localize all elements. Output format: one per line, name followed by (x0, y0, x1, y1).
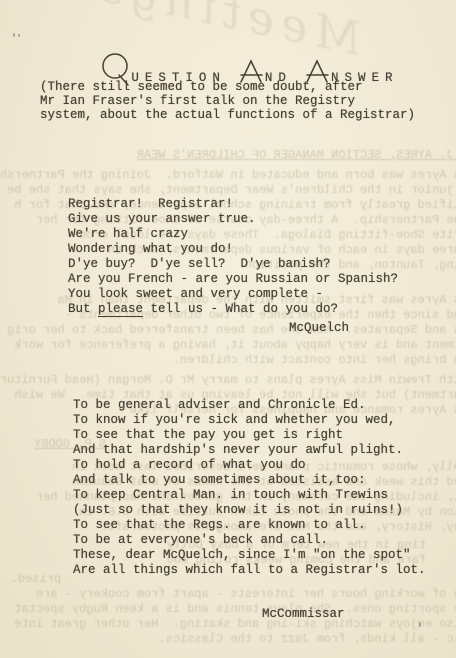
poem-line: To see that the pay you get is right (73, 428, 426, 443)
intro-line: Mr Ian Fraser's first talk on the Regist… (40, 94, 415, 108)
poem-line: These, dear McQuelch, since I'm "on the … (73, 548, 426, 563)
poem-line: Are all things which fall to a Registrar… (73, 563, 426, 578)
page-title: UESTIONNDNSWER (63, 34, 398, 68)
bleedthrough-line: ss Ayres was born and educated in Watfor… (0, 168, 456, 182)
intro-line: (There still seemed to be some doubt, af… (40, 80, 415, 94)
poem-line: And talk to you sometimes about it,too: (73, 473, 426, 488)
poem-line: To keep Central Man. in touch with Trewi… (73, 488, 426, 503)
poem-line: To hold a record of what you do (73, 458, 426, 473)
ink-speck (419, 622, 421, 627)
poem-line: Are you French - are you Russian or Span… (68, 272, 398, 287)
bleedthrough-line: also enjoys watching ski-ing and skating… (14, 617, 456, 631)
bleedthrough-line: de of working hours her interests - apar… (36, 587, 456, 601)
bleedthrough-line: With Trewin Miss Ayres plans to marry Mr… (0, 373, 456, 387)
bleedthrough-line: ly sporting ones. She plays tennis and i… (14, 602, 456, 616)
stanza-question: Registrar! Registrar!Give us your answer… (68, 197, 398, 317)
intro-note: (There still seemed to be some doubt, af… (40, 80, 415, 122)
poem-line: But please tell us - What do you do? (68, 302, 398, 317)
bleedthrough-line: rtment and is very happy about it, havin… (14, 338, 456, 352)
bleedthrough-line: R J. AYRES, SECTION MANAGER OF CHILDREN'… (137, 148, 456, 162)
poem-line: Wondering what you do! (68, 242, 398, 257)
poem-line: And that hardship's never your awful pli… (73, 443, 426, 458)
poem-line: To be at everyone's beck and call. (73, 533, 426, 548)
poem-line: You look sweet and very complete - (68, 287, 398, 302)
scanned-document-page: Meetings R J. AYRES, SECTION MANAGER OF … (0, 0, 456, 658)
poem-line: Registrar! Registrar! (68, 197, 398, 212)
signature-mccommissar: McCommissar (262, 607, 345, 621)
bleedthrough-line: a junior in the Children's Wear Departme… (7, 183, 456, 197)
bleedthrough-line: us and Separates. Now she has been trans… (7, 323, 456, 337)
poem-line: Give us your answer true. (68, 212, 398, 227)
underlined-word: please (98, 302, 143, 317)
intro-line: system, about the actual functions of a … (40, 108, 415, 122)
ink-speck (18, 34, 20, 37)
poem-line: We're half crazy (68, 227, 398, 242)
bleedthrough-line: ch brings her into contact with children… (173, 353, 456, 367)
bleedthrough-line: sic - all kinds, from Jazz to the Classi… (158, 632, 456, 646)
signature-mcquelch: McQuelch (289, 321, 349, 335)
poem-line: (Just so that they know it is not in rui… (73, 503, 426, 518)
stanza-answer: To be general adviser and Chronicle Ed.T… (73, 398, 426, 578)
poem-line: D'ye buy? D'ye sell? D'ye banish? (68, 257, 398, 272)
poem-line: To know if you're sick and whether you w… (73, 413, 426, 428)
poem-line: To see that the Regs. are known to all. (73, 518, 426, 533)
bleedthrough-line: prised. (11, 572, 61, 586)
ink-speck (13, 33, 15, 37)
poem-line: To be general adviser and Chronicle Ed. (73, 398, 426, 413)
